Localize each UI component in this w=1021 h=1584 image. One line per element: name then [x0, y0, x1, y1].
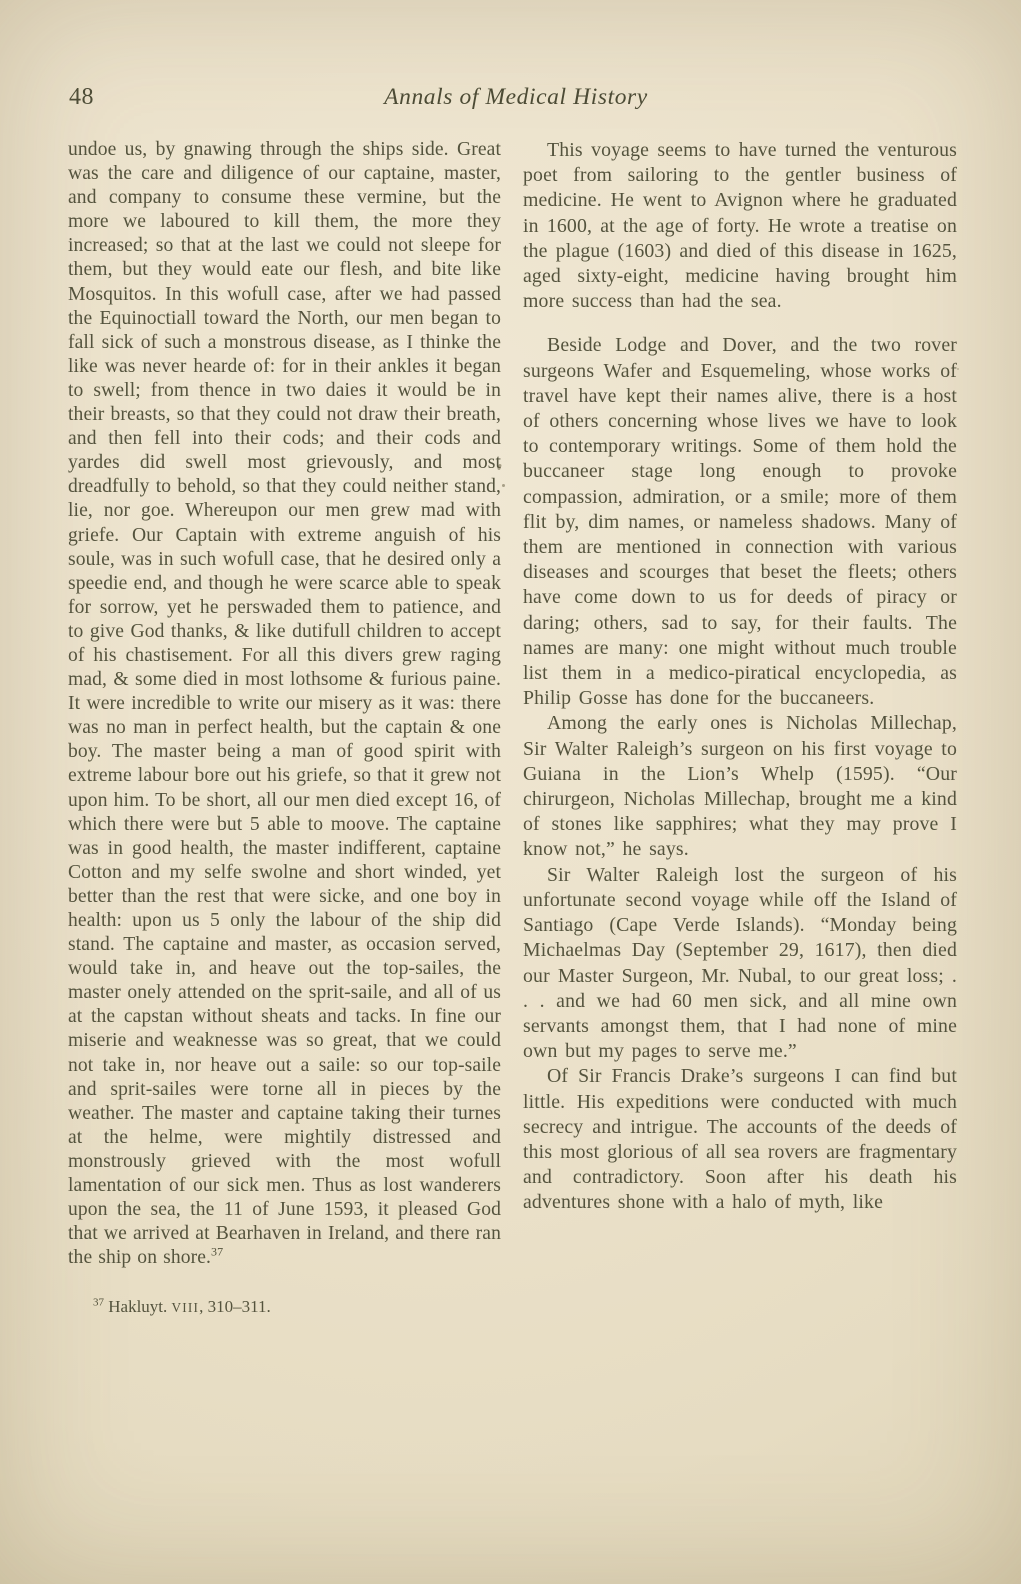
- left-column: undoe us, by gnawing through the ships s…: [68, 138, 501, 1318]
- quote-paragraph: undoe us, by gnawing through the ships s…: [68, 138, 501, 1270]
- page-header: 48 Annals of Medical History: [0, 84, 1021, 118]
- footnote-reference: 37: [211, 1245, 223, 1259]
- footnote-marker: 37: [93, 1297, 104, 1309]
- paragraph-drake: Of Sir Francis Drake’s surgeons I can fi…: [523, 1064, 957, 1215]
- ink-speck: [502, 484, 505, 487]
- right-column: This voyage seems to have turned the ven…: [523, 138, 957, 1318]
- journal-page-scan: 48 Annals of Medical History undoe us, b…: [0, 0, 1021, 1584]
- paragraph-millechap: Among the early ones is Nicholas Millech…: [523, 711, 957, 862]
- page-body: undoe us, by gnawing through the ships s…: [68, 138, 957, 1318]
- quote-text: undoe us, by gnawing through the ships s…: [68, 139, 501, 1268]
- footnote-pages: , 310–311.: [199, 1297, 271, 1316]
- page-number: 48: [69, 84, 94, 111]
- footnote-source: Hakluyt.: [108, 1297, 171, 1316]
- paragraph-voyage: This voyage seems to have turned the ven…: [523, 138, 957, 314]
- footnote: 37 Hakluyt. viii, 310–311.: [68, 1297, 501, 1318]
- running-title: Annals of Medical History: [384, 84, 648, 111]
- ink-speck: [957, 368, 959, 370]
- footnote-volume: viii: [172, 1300, 200, 1315]
- paragraph-raleigh: Sir Walter Raleigh lost the surgeon of h…: [523, 863, 957, 1065]
- paragraph-beside-lodge: Beside Lodge and Dover, and the two rove…: [523, 333, 957, 711]
